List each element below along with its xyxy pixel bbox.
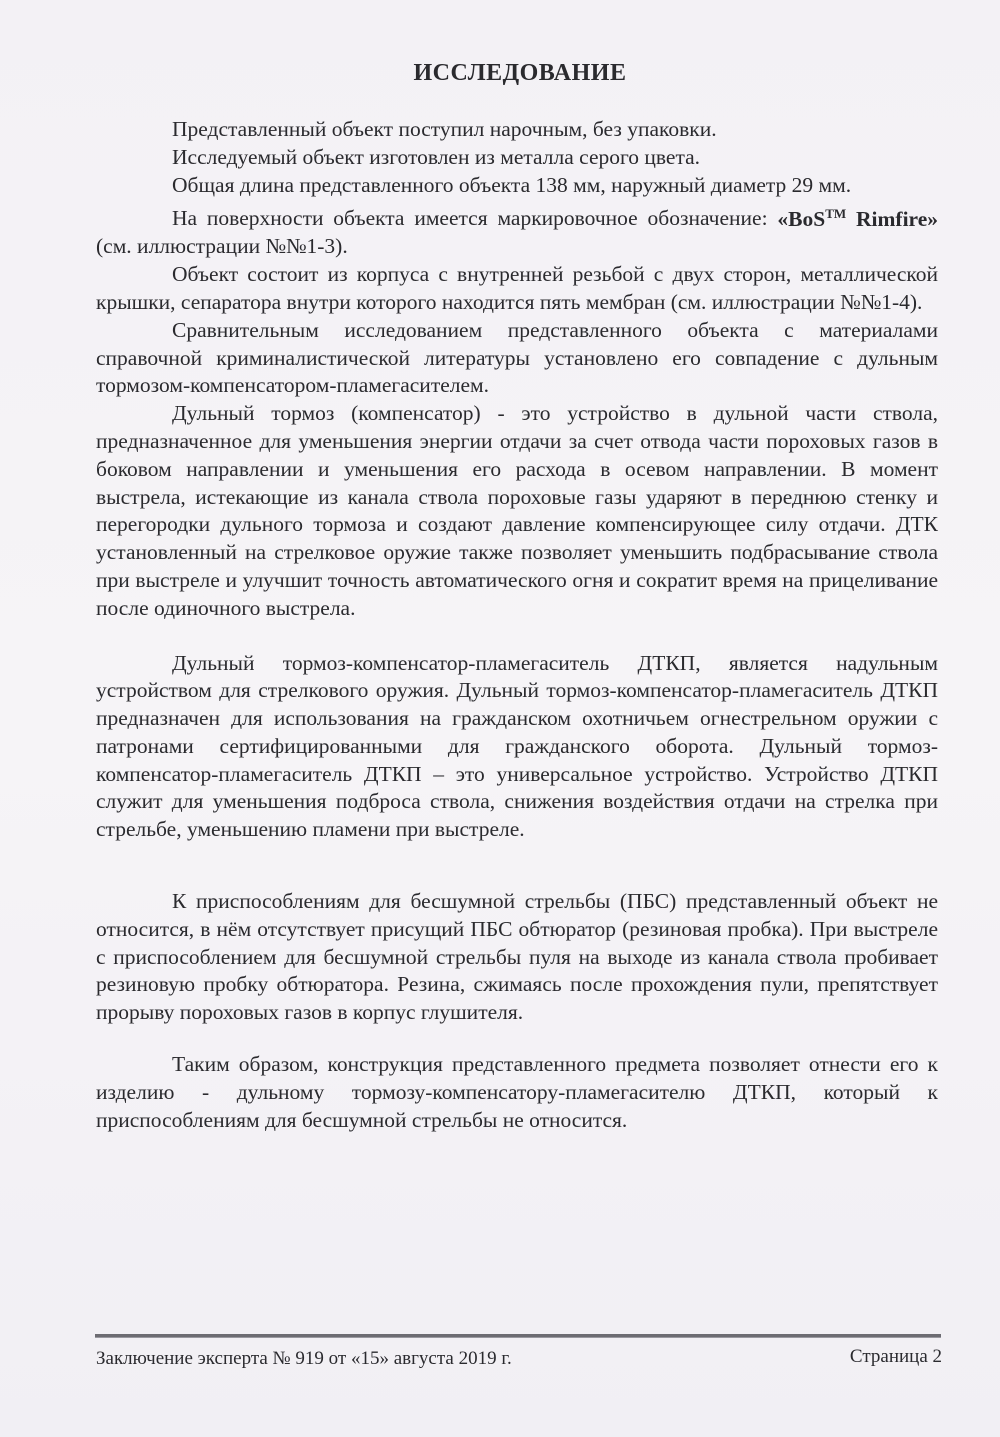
paragraph-muzzle-brake-definition: Дульный тормоз (компенсатор) - это устро… <box>96 400 938 622</box>
document-page: ИССЛЕДОВАНИЕ Представленный объект посту… <box>0 0 1000 1437</box>
paragraph-dimensions: Общая длина представленного объекта 138 … <box>96 172 938 200</box>
paragraph-dtkp-description: Дульный тормоз-компенсатор-пламегаситель… <box>96 650 938 845</box>
paragraph-material: Исследуемый объект изготовлен из металла… <box>96 144 938 172</box>
trademark-symbol: TM <box>825 205 846 220</box>
footer-report-reference: Заключение эксперта № 919 от «15» август… <box>96 1348 512 1370</box>
paragraph-comparison: Сравнительным исследованием представленн… <box>96 317 938 400</box>
paragraph-conclusion: Таким образом, конструкция представленно… <box>96 1051 938 1134</box>
document-body: Представленный объект поступил нарочным,… <box>96 116 938 1134</box>
paragraph-silencer-comparison: К приспособлениям для бесшумной стрельбы… <box>96 888 938 1027</box>
marking-suffix: (см. иллюстрации №№1-3). <box>96 234 348 258</box>
paragraph-structure: Объект состоит из корпуса с внутренней р… <box>96 261 938 317</box>
paragraph-delivery: Представленный объект поступил нарочным,… <box>96 116 938 144</box>
page-number: Страница 2 <box>850 1346 942 1368</box>
paragraph-marking: На поверхности объекта имеется маркирово… <box>96 199 938 261</box>
footer-divider <box>95 1334 941 1338</box>
section-title: ИССЛЕДОВАНИЕ <box>0 60 1000 87</box>
marking-prefix: На поверхности объекта имеется маркирово… <box>172 207 777 231</box>
marking-text: «BoSTM Rimfire» <box>777 207 938 231</box>
